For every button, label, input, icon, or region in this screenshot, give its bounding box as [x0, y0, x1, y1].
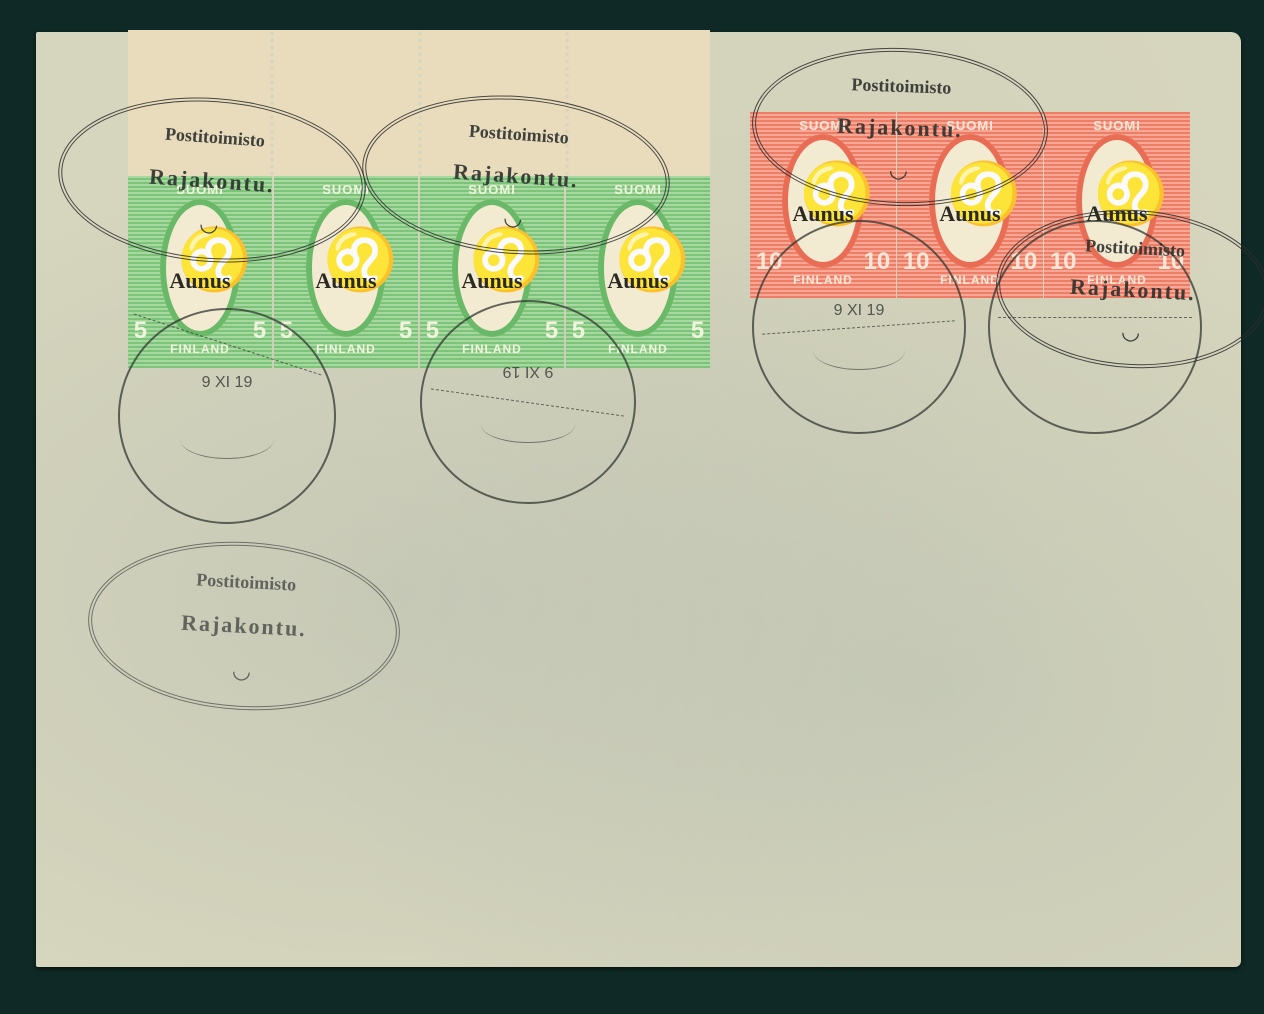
postmark-date: 9 XI 19	[120, 374, 334, 392]
stamp-overprint: Aunus	[420, 268, 564, 294]
postmark-circle: 9 XI 19	[752, 220, 966, 434]
stamp-overprint: Aunus	[128, 268, 272, 294]
postmark-date: 9 XI 19	[754, 302, 964, 320]
stamp-value: 5	[426, 317, 439, 345]
postmark-arc	[813, 331, 905, 370]
stamp-value: 5	[691, 317, 704, 345]
postmark-date: 9 XI 19	[422, 362, 634, 380]
stamp-country: SUOMI	[1044, 118, 1190, 133]
stamp-value: 5	[134, 317, 147, 345]
stamp-overprint: Aunus	[274, 268, 418, 294]
postmark-arc	[180, 420, 274, 459]
postmark-circle: 9 XI 19	[118, 308, 336, 524]
stamp-value: 5	[399, 317, 412, 345]
postmark-arc	[481, 406, 574, 443]
stamp-overprint: Aunus	[566, 268, 710, 294]
postmark-circle: 9 XI 19	[420, 300, 636, 504]
